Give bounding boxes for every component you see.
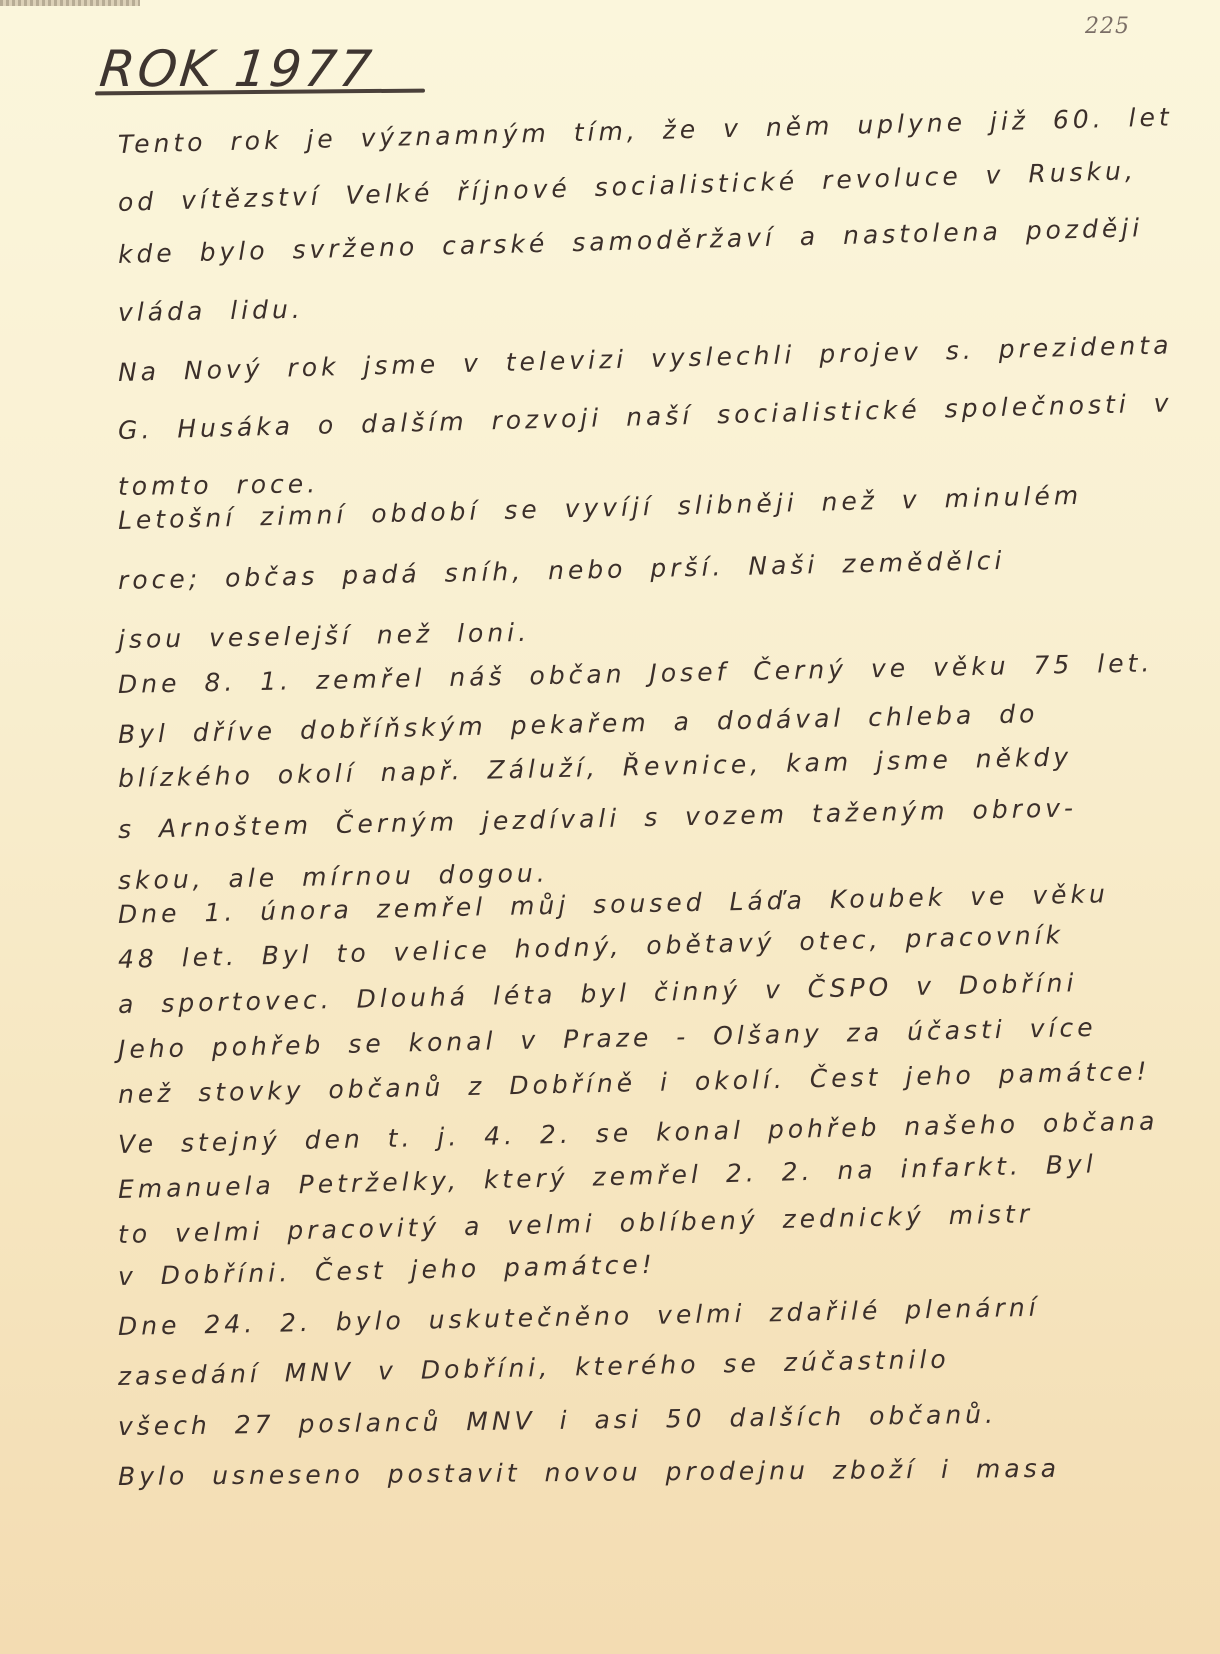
text-line: od vítězství Velké říjnové socialistické… [118,156,1138,217]
page-number: 225 [1085,14,1130,39]
text-line: Byl dříve dobříňským pekařem a dodával c… [118,699,1039,749]
text-line: roce; občas padá sníh, nebo prší. Naši z… [118,546,1006,595]
text-line: Bylo usneseno postavit novou prodejnu zb… [118,1454,1060,1491]
text-line: zasedání MNV v Dobříni, kterého se zúčas… [118,1345,950,1391]
text-line: v Dobříni. Čest jeho památce! [118,1250,656,1291]
text-line: Dne 8. 1. zemřel náš občan Josef Černý v… [118,648,1154,699]
text-line: kde bylo svrženo carské samoděržaví a na… [118,213,1144,269]
text-line: Dne 24. 2. bylo uskutečněno velmi zdařil… [118,1293,1040,1341]
text-line: Tento rok je významným tím, že v něm upl… [118,102,1173,159]
text-line: skou, ale mírnou dogou. [118,858,549,895]
text-line: jsou veselejší než loni. [118,618,531,654]
text-line: Jeho pohřeb se konal v Praze - Olšany za… [118,1013,1097,1064]
text-line: Na Nový rok jsme v televizi vyslechli pr… [118,330,1173,387]
text-line: tomto roce. [118,469,320,501]
text-line: Emanuela Petrželky, který zemřel 2. 2. n… [118,1149,1097,1204]
torn-page-edge [0,0,140,6]
text-line: G. Husáka o dalším rozvoji naší socialis… [118,388,1173,445]
text-line: s Arnoštem Černým jezdívali s vozem taže… [118,793,1078,844]
text-line: to velmi pracovitý a velmi oblíbený zedn… [118,1199,1034,1249]
text-line: všech 27 poslanců MNV i asi 50 dalších o… [118,1400,997,1441]
text-line: 48 let. Byl to velice hodný, obětavý ote… [118,920,1065,974]
text-line: a sportovec. Dlouhá léta byl činný v ČSP… [118,968,1078,1019]
text-line: blízkého okolí např. Záluží, Řevnice, ka… [118,742,1073,793]
handwritten-chronicle-page: 225 ROK 1977 Tento rok je významným tím,… [0,0,1220,1654]
text-line: než stovky občanů z Dobříně i okolí. Čes… [118,1057,1151,1109]
text-line: vláda lidu. [118,295,304,327]
